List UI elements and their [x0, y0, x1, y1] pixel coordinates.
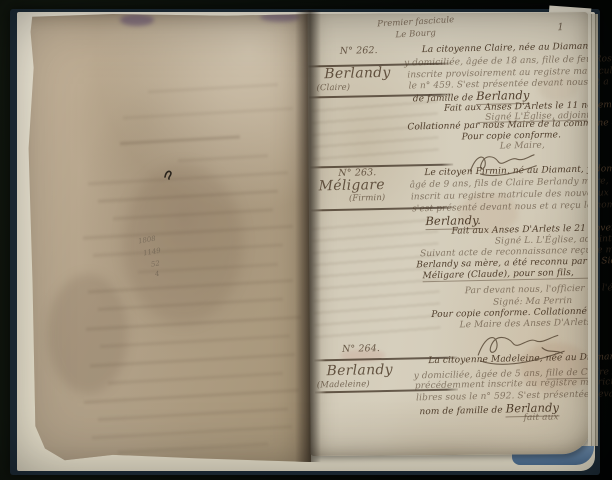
header-annotation-line2: Le Bourg — [395, 29, 436, 40]
ghost-text-line — [148, 80, 278, 96]
margin-given-name: (Firmin) — [349, 194, 386, 203]
right-page: Premier fascicule Le Bourg 1 N° 262. Ber… — [307, 12, 591, 456]
ghost-text-line — [100, 332, 290, 352]
ink-blot — [162, 168, 174, 180]
photo-background: 1808 1149 52 4 Premier fascicule Le Bour… — [0, 0, 612, 480]
left-page: 1808 1149 52 4 — [28, 14, 311, 462]
margin-surname: Méligare — [319, 178, 386, 193]
book-gutter-shadow — [295, 10, 321, 462]
ghost-text-line — [84, 386, 299, 407]
margin-number: N° 264. — [342, 344, 380, 354]
stain-purple — [120, 14, 154, 26]
entry-line: Signé: Ma Perrin — [493, 297, 572, 308]
page-stack-edge — [588, 14, 598, 446]
entry-line: La citoyenne Madeleine, née au Diamant, — [428, 353, 612, 366]
ghost-text-line — [98, 405, 288, 425]
entry-line: fait aux — [523, 413, 558, 423]
margin-given-name: (Madeleine) — [317, 380, 370, 390]
entry-line: La citoyenne Claire, née au Diamant, — [422, 43, 595, 56]
ghost-text-line — [120, 133, 240, 149]
page-number: 1 — [557, 23, 564, 33]
entry-line: s'est présenté devant nous et a reçu le … — [412, 200, 612, 215]
ghost-text-line — [108, 369, 283, 388]
margin-given-name: (Claire) — [317, 84, 351, 93]
header-annotation-line1: Premier fascicule — [377, 16, 454, 29]
ghost-text-line — [123, 104, 293, 122]
pencil-annotation: 52 — [150, 259, 160, 268]
margin-number: N° 262. — [340, 46, 378, 56]
ghost-text-line — [178, 151, 268, 165]
ghost-text-line — [118, 440, 268, 457]
entry-line-text: nom de famille de — [419, 406, 503, 418]
entry-line: Collationné par nous Maire de la commune… — [407, 117, 612, 132]
margin-surname: Berlandy — [324, 66, 391, 81]
manuscript-ink-layer: Premier fascicule Le Bourg 1 N° 262. Ber… — [307, 9, 597, 457]
margin-surname: Berlandy — [326, 363, 393, 378]
